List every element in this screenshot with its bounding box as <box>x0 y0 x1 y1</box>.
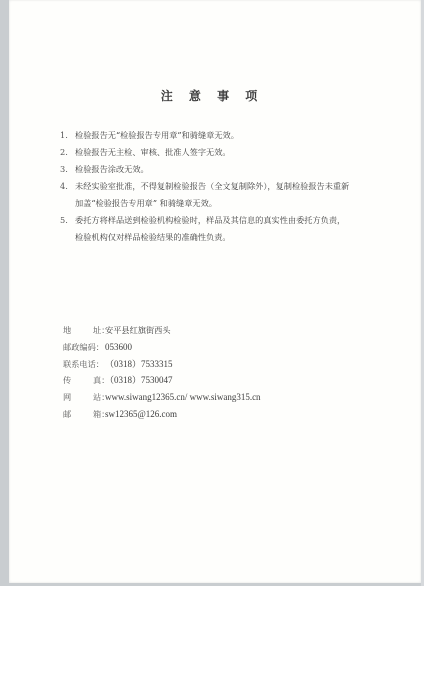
contact-phone: 联系电话：（0318）7533315 <box>63 356 261 373</box>
contact-website: 网站：www.siwang12365.cn/ www.siwang315.cn <box>63 389 261 406</box>
notice-text-continued: 加盖“检验报告专用章” 和骑缝章无效。 <box>75 195 370 212</box>
website-label: 网站： <box>63 389 105 406</box>
email-label: 邮箱： <box>63 406 105 423</box>
document-title: 注 意 事 项 <box>0 87 424 104</box>
notice-number: 4. <box>60 178 68 195</box>
notice-text: 委托方将样品送到检验机构检验时，样品及其信息的真实性由委托方负责， <box>75 212 370 229</box>
notice-item-3: 3. 检验报告涂改无效。 <box>60 161 370 178</box>
notice-text-continued: 检验机构仅对样品检验结果的准确性负责。 <box>75 229 370 246</box>
notice-text: 检验报告无“检验报告专用章”和骑缝章无效。 <box>75 127 370 144</box>
notice-text: 检验报告无主检、审核、批准人签字无效。 <box>75 144 370 161</box>
address-label: 地址： <box>63 322 105 339</box>
phone-label: 联系电话： <box>63 356 105 373</box>
notice-item-5: 5. 委托方将样品送到检验机构检验时，样品及其信息的真实性由委托方负责， 检验机… <box>60 212 370 246</box>
contact-address: 地址：安平县红旗街西头 <box>63 322 261 339</box>
notice-text: 未经实验室批准，不得复制检验报告（全文复制除外），复制检验报告未重新 <box>75 178 370 195</box>
notice-number: 2. <box>60 144 68 161</box>
contact-email: 邮箱：sw12365@126.com <box>63 406 261 423</box>
notice-item-1: 1. 检验报告无“检验报告专用章”和骑缝章无效。 <box>60 127 370 144</box>
notice-item-2: 2. 检验报告无主检、审核、批准人签字无效。 <box>60 144 370 161</box>
website-value: www.siwang12365.cn/ www.siwang315.cn <box>105 389 261 406</box>
contact-fax: 传真：（0318）7530047 <box>63 372 261 389</box>
email-value: sw12365@126.com <box>105 406 177 423</box>
notice-number: 1. <box>60 127 68 144</box>
notice-number: 3. <box>60 161 68 178</box>
fax-label: 传真： <box>63 372 105 389</box>
contact-postcode: 邮政编码：053600 <box>63 339 261 356</box>
postcode-label: 邮政编码： <box>63 339 105 356</box>
phone-value: （0318）7533315 <box>105 356 173 373</box>
notice-number: 5. <box>60 212 68 229</box>
address-value: 安平县红旗街西头 <box>105 322 171 339</box>
contact-info: 地址：安平县红旗街西头 邮政编码：053600 联系电话：（0318）75333… <box>63 322 261 423</box>
fax-value: （0318）7530047 <box>105 372 173 389</box>
postcode-value: 053600 <box>105 339 132 356</box>
notice-list: 1. 检验报告无“检验报告专用章”和骑缝章无效。 2. 检验报告无主检、审核、批… <box>60 127 370 246</box>
notice-text: 检验报告涂改无效。 <box>75 161 370 178</box>
notice-item-4: 4. 未经实验室批准，不得复制检验报告（全文复制除外），复制检验报告未重新 加盖… <box>60 178 370 212</box>
